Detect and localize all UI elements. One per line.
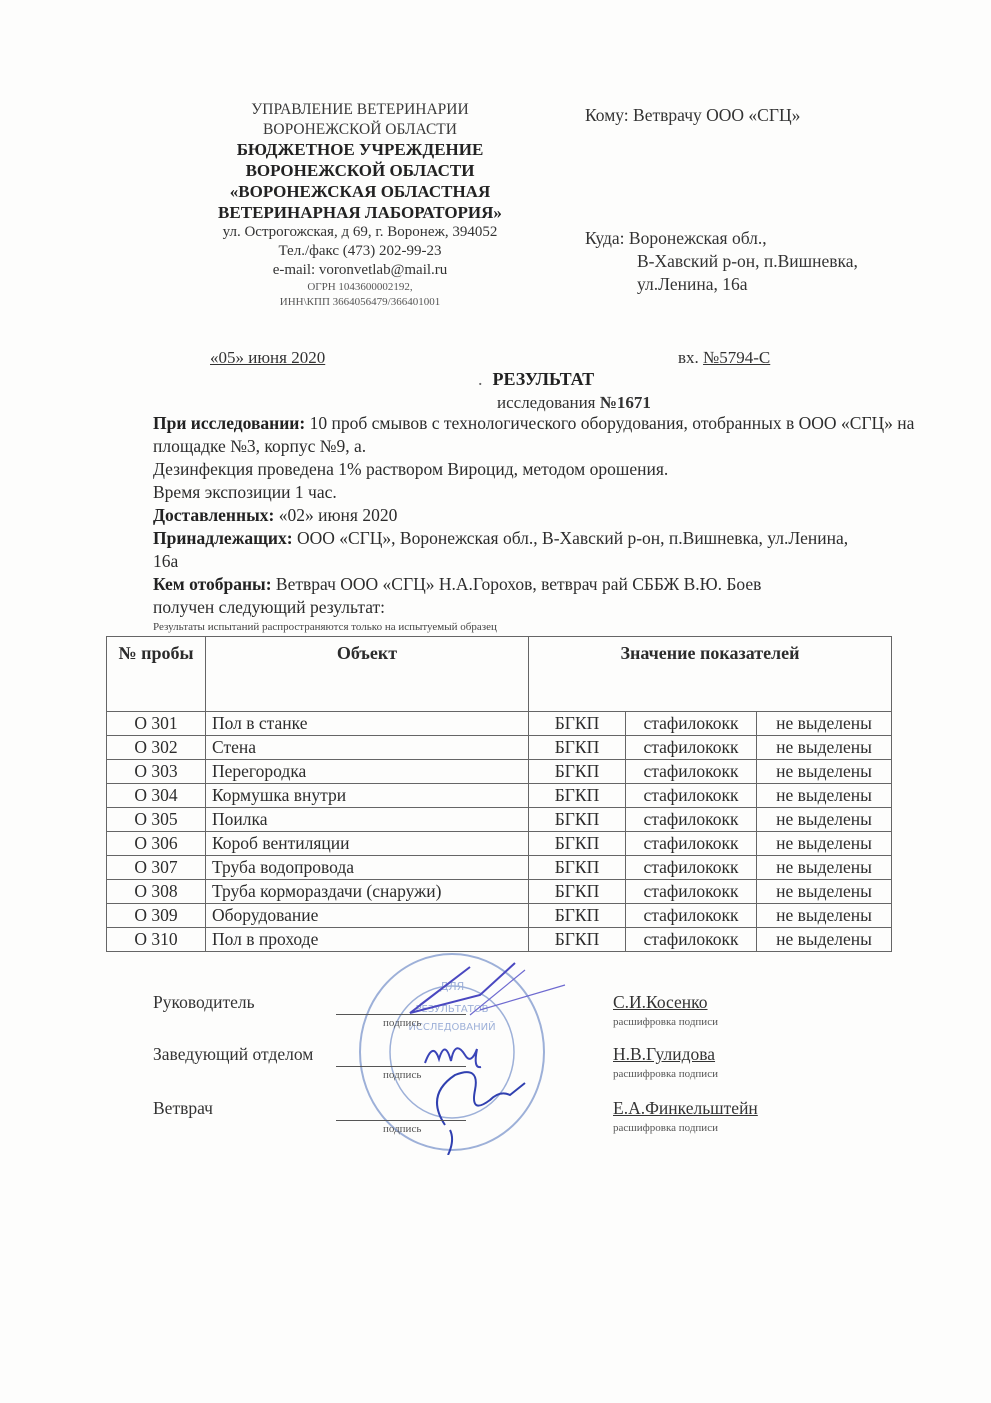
incoming-number-value: №5794-С xyxy=(703,348,770,367)
letterhead-org-line: «ВОРОНЕЖСКАЯ ОБЛАСТНАЯ xyxy=(190,181,530,202)
letterhead-org-line: ВОРОНЕЖСКОЙ ОБЛАСТИ xyxy=(190,160,530,181)
sample-object: Кормушка внутри xyxy=(206,784,529,808)
test-result: не выделены xyxy=(757,784,892,808)
sample-object: Короб вентиляции xyxy=(206,832,529,856)
signature-line xyxy=(336,1014,466,1015)
results-note: Результаты испытаний распространяются то… xyxy=(153,621,497,633)
sample-id: О 305 xyxy=(107,808,206,832)
owner-line: Принадлежащих: ООО «СГЦ», Воронежская об… xyxy=(153,527,873,573)
recipient-address-line: В-Хавский р-он, п.Вишневка, xyxy=(585,250,858,273)
test-result: не выделены xyxy=(757,832,892,856)
test-bgkp: БГКП xyxy=(529,808,626,832)
signatory-role: Ветврач xyxy=(153,1098,213,1119)
test-bgkp: БГКП xyxy=(529,856,626,880)
table-row: О 310Пол в проходеБГКПстафилококкне выде… xyxy=(107,928,892,952)
test-staphylococcus: стафилококк xyxy=(626,832,757,856)
test-result: не выделены xyxy=(757,736,892,760)
exposure-line: Время экспозиции 1 час. xyxy=(153,481,953,504)
test-staphylococcus: стафилококк xyxy=(626,880,757,904)
sample-object: Поилка xyxy=(206,808,529,832)
sample-id: О 306 xyxy=(107,832,206,856)
signature-caption: подпись xyxy=(383,1123,421,1135)
results-table: № пробы Объект Значение показателей О 30… xyxy=(106,636,892,952)
sample-object: Труба кормораздачи (снаружи) xyxy=(206,880,529,904)
test-result: не выделены xyxy=(757,712,892,736)
document-subtitle: исследования №1671 xyxy=(497,393,651,413)
sample-id: О 302 xyxy=(107,736,206,760)
study-description: При исследовании: 10 проб смывов с техно… xyxy=(153,412,953,619)
signature-row: ВетврачподписьЕ.А.Финкельштейнрасшифровк… xyxy=(153,1098,793,1148)
table-header-row: № пробы Объект Значение показателей xyxy=(107,637,892,712)
document-title: .РЕЗУЛЬТАТ xyxy=(478,369,678,390)
table-row: О 303ПерегородкаБГКПстафилококкне выделе… xyxy=(107,760,892,784)
signature-row: РуководительподписьС.И.Косенкорасшифровк… xyxy=(153,992,793,1042)
disinfection-line: Дезинфекция проведена 1% раствором Вироц… xyxy=(153,458,953,481)
lab-letterhead: УПРАВЛЕНИЕ ВЕТЕРИНАРИИ ВОРОНЕЖСКОЙ ОБЛАС… xyxy=(190,100,530,310)
sample-id: О 310 xyxy=(107,928,206,952)
sample-id: О 307 xyxy=(107,856,206,880)
letterhead-org-line: БЮДЖЕТНОЕ УЧРЕЖДЕНИЕ xyxy=(190,139,530,160)
table-row: О 301Пол в станкеБГКПстафилококкне выдел… xyxy=(107,712,892,736)
result-intro: получен следующий результат: xyxy=(153,596,953,619)
test-staphylococcus: стафилококк xyxy=(626,760,757,784)
test-result: не выделены xyxy=(757,808,892,832)
signature-caption: подпись xyxy=(383,1069,421,1081)
delivered-label: Доставленных: xyxy=(153,505,274,525)
signature-line xyxy=(336,1120,466,1121)
study-label: При исследовании: xyxy=(153,413,305,433)
test-bgkp: БГКП xyxy=(529,784,626,808)
sample-object: Оборудование xyxy=(206,904,529,928)
delivered-text: «02» июня 2020 xyxy=(279,505,398,525)
test-bgkp: БГКП xyxy=(529,760,626,784)
header-values: Значение показателей xyxy=(529,637,892,712)
document-title-text: РЕЗУЛЬТАТ xyxy=(493,369,595,389)
signatory-name: Н.В.Гулидова xyxy=(613,1044,715,1065)
sample-object: Труба водопровода xyxy=(206,856,529,880)
signature-decode-caption: расшифровка подписи xyxy=(613,1122,718,1134)
table-row: О 302СтенаБГКПстафилококкне выделены xyxy=(107,736,892,760)
sample-id: О 309 xyxy=(107,904,206,928)
sampled-label: Кем отобраны: xyxy=(153,574,272,594)
signature-caption: подпись xyxy=(383,1017,421,1029)
table-body: О 301Пол в станкеБГКПстафилококкне выдел… xyxy=(107,712,892,952)
sample-id: О 301 xyxy=(107,712,206,736)
subtitle-prefix: исследования xyxy=(497,393,596,412)
table-row: О 309ОборудованиеБГКПстафилококкне выдел… xyxy=(107,904,892,928)
test-staphylococcus: стафилококк xyxy=(626,928,757,952)
owner-label: Принадлежащих: xyxy=(153,528,293,548)
incoming-number: вх. №5794-С xyxy=(678,348,770,368)
sampled-text: Ветврач ООО «СГЦ» Н.А.Горохов, ветврач р… xyxy=(276,574,762,594)
table-row: О 308Труба кормораздачи (снаружи)БГКПста… xyxy=(107,880,892,904)
sample-object: Пол в станке xyxy=(206,712,529,736)
sample-id: О 303 xyxy=(107,760,206,784)
signature-line xyxy=(336,1066,466,1067)
table-row: О 305ПоилкаБГКПстафилококкне выделены xyxy=(107,808,892,832)
test-staphylococcus: стафилококк xyxy=(626,712,757,736)
test-bgkp: БГКП xyxy=(529,736,626,760)
test-bgkp: БГКП xyxy=(529,712,626,736)
table-row: О 306Короб вентиляцииБГКПстафилококкне в… xyxy=(107,832,892,856)
letterhead-address: ул. Острогожская, д 69, г. Воронеж, 3940… xyxy=(190,223,530,242)
sample-object: Стена xyxy=(206,736,529,760)
test-staphylococcus: стафилококк xyxy=(626,856,757,880)
incoming-prefix: вх. xyxy=(678,348,699,367)
letterhead-line: ВОРОНЕЖСКОЙ ОБЛАСТИ xyxy=(190,120,530,140)
table-row: О 307Труба водопроводаБГКПстафилококкне … xyxy=(107,856,892,880)
letterhead-inn-kpp: ИНН\КПП 3664056479/366401001 xyxy=(190,295,530,310)
signature-decode-caption: расшифровка подписи xyxy=(613,1068,718,1080)
delivered-line: Доставленных: «02» июня 2020 xyxy=(153,504,953,527)
recipient-address: Куда: Воронежская обл., В-Хавский р-он, … xyxy=(585,227,858,296)
letterhead-email: e-mail: voronvetlab@mail.ru xyxy=(190,261,530,280)
study-number: №1671 xyxy=(600,393,651,412)
sample-object: Пол в проходе xyxy=(206,928,529,952)
signatory-role: Заведующий отделом xyxy=(153,1044,313,1065)
recipient-address-line: ул.Ленина, 16а xyxy=(585,273,858,296)
header-sample-no: № пробы xyxy=(107,637,206,712)
table-row: О 304Кормушка внутриБГКПстафилококкне вы… xyxy=(107,784,892,808)
recipient-to: Кому: Ветврачу ООО «СГЦ» xyxy=(585,104,800,127)
signatory-name: С.И.Косенко xyxy=(613,992,708,1013)
test-staphylococcus: стафилококк xyxy=(626,904,757,928)
test-result: не выделены xyxy=(757,856,892,880)
study-line: При исследовании: 10 проб смывов с техно… xyxy=(153,412,953,458)
test-result: не выделены xyxy=(757,904,892,928)
test-result: не выделены xyxy=(757,760,892,784)
letterhead-ogrn: ОГРН 1043600002192, xyxy=(190,280,530,295)
test-result: не выделены xyxy=(757,928,892,952)
sampled-line: Кем отобраны: Ветврач ООО «СГЦ» Н.А.Горо… xyxy=(153,573,953,596)
test-bgkp: БГКП xyxy=(529,832,626,856)
letterhead-line: УПРАВЛЕНИЕ ВЕТЕРИНАРИИ xyxy=(190,100,530,120)
test-bgkp: БГКП xyxy=(529,904,626,928)
test-bgkp: БГКП xyxy=(529,928,626,952)
document-date: «05» июня 2020 xyxy=(210,348,325,368)
signature-row: Заведующий отделомподписьН.В.Гулидоварас… xyxy=(153,1044,793,1094)
test-staphylococcus: стафилококк xyxy=(626,808,757,832)
test-bgkp: БГКП xyxy=(529,880,626,904)
signatory-name: Е.А.Финкельштейн xyxy=(613,1098,758,1119)
signature-decode-caption: расшифровка подписи xyxy=(613,1016,718,1028)
sample-object: Перегородка xyxy=(206,760,529,784)
recipient-address-line: Куда: Воронежская обл., xyxy=(585,227,858,250)
test-result: не выделены xyxy=(757,880,892,904)
header-object: Объект xyxy=(206,637,529,712)
letterhead-phone: Тел./факс (473) 202-99-23 xyxy=(190,242,530,261)
sample-id: О 308 xyxy=(107,880,206,904)
sample-id: О 304 xyxy=(107,784,206,808)
letterhead-org-line: ВЕТЕРИНАРНАЯ ЛАБОРАТОРИЯ» xyxy=(190,202,530,223)
test-staphylococcus: стафилококк xyxy=(626,784,757,808)
signatory-role: Руководитель xyxy=(153,992,255,1013)
test-staphylococcus: стафилококк xyxy=(626,736,757,760)
